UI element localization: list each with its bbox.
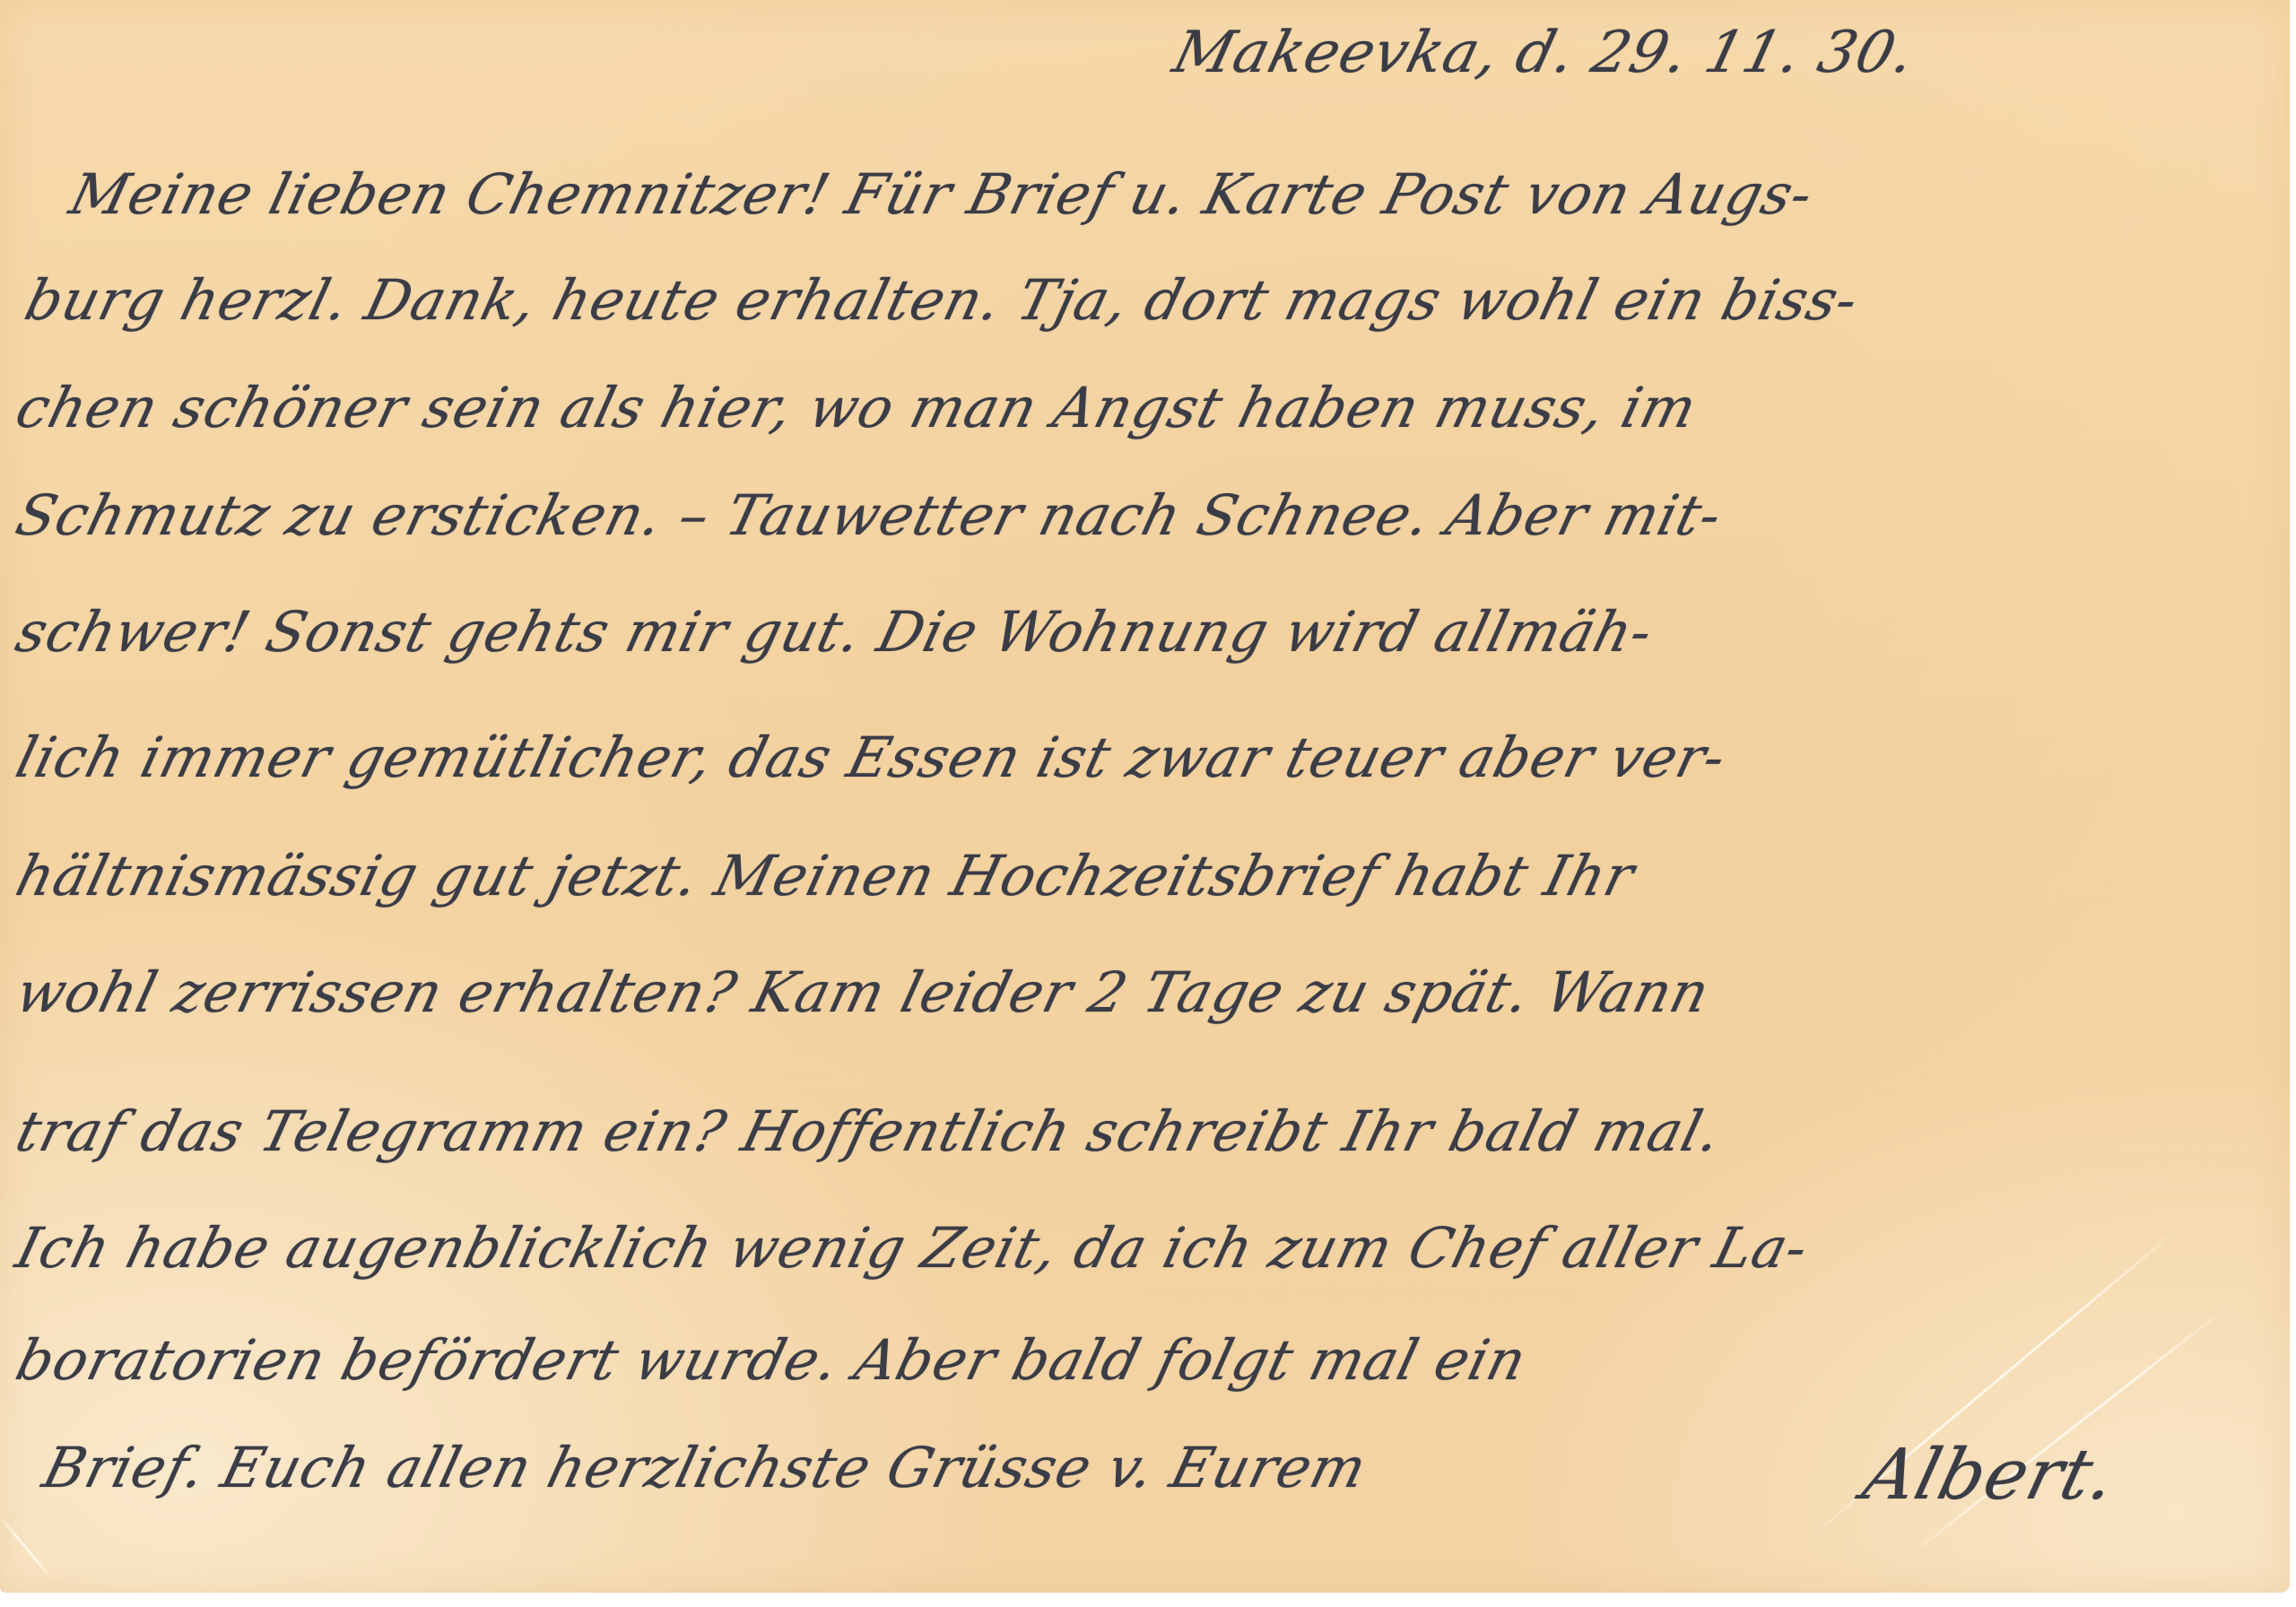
paper-crease <box>1900 1301 2234 1563</box>
paper-crease <box>0 1516 53 1580</box>
letter-line-11: boratorien befördert wurde. Aber bald fo… <box>10 1327 1534 1393</box>
letter-line-7: hältnismässig gut jetzt. Meinen Hochzeit… <box>10 843 1641 908</box>
dateline: Makeevka, d. 29. 11. 30. <box>1167 20 1922 86</box>
letter-line-6: lich immer gemütlicher, das Essen ist zw… <box>10 725 1733 790</box>
letter-line-10: Ich habe augenblicklich wenig Zeit, da i… <box>10 1215 1815 1281</box>
letter-line-4: Schmutz zu ersticken. – Tauwetter nach S… <box>10 482 1729 548</box>
signature: Albert. <box>1856 1435 2125 1516</box>
letter-line-3: chen schöner sein als hier, wo man Angst… <box>10 375 1704 440</box>
letter-line-5: schwer! Sonst gehts mir gut. Die Wohnung… <box>10 599 1660 665</box>
postcard: Makeevka, d. 29. 11. 30. Meine lieben Ch… <box>0 0 2290 1593</box>
letter-line-12: Brief. Euch allen herzlichste Grüsse v. … <box>37 1435 1373 1500</box>
letter-line-9: traf das Telegramm ein? Hoffentlich schr… <box>10 1099 1728 1164</box>
letter-line-1: Meine lieben Chemnitzer! Für Brief u. Ka… <box>64 161 1820 227</box>
letter-line-8: wohl zerrissen erhalten? Kam leider 2 Ta… <box>10 960 1717 1025</box>
letter-line-2: burg herzl. Dank, heute erhalten. Tja, d… <box>19 267 1865 333</box>
